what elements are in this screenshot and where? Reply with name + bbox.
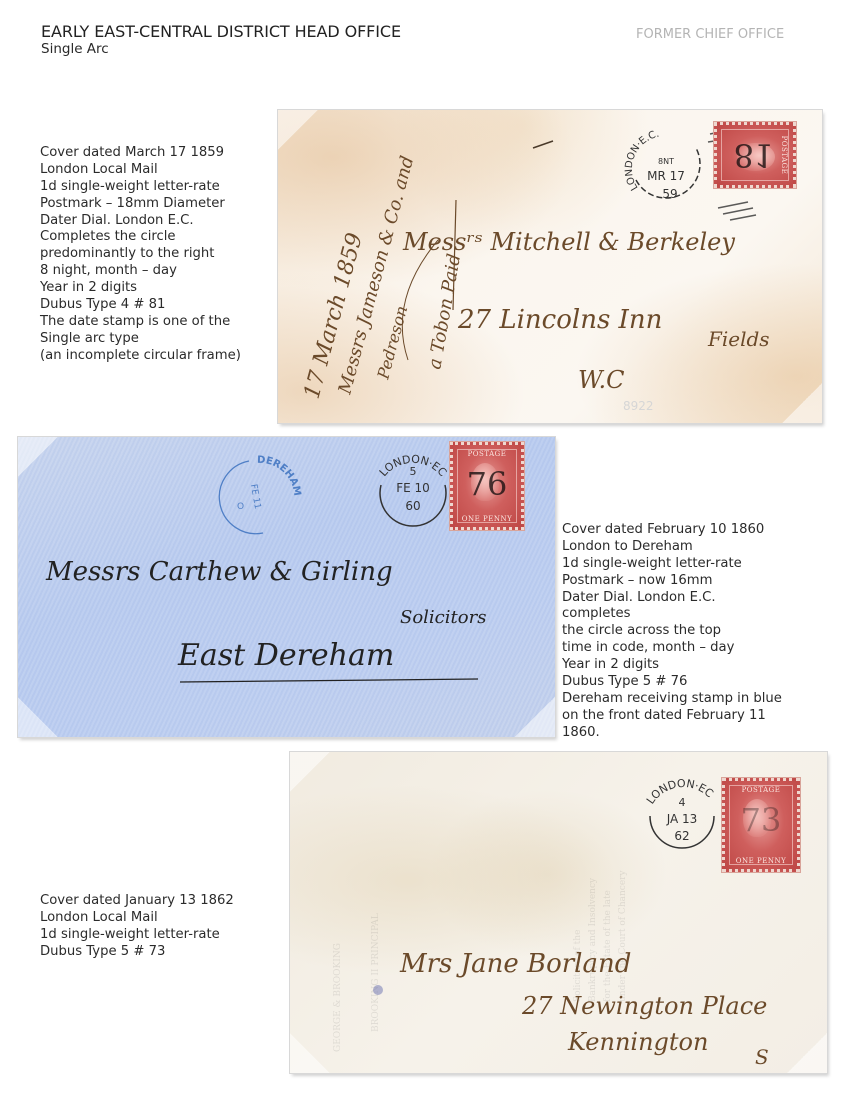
svg-text:O: O: [237, 502, 244, 512]
svg-text:FE 10: FE 10: [396, 481, 430, 495]
description-line: Dubus Type 4 # 81: [40, 297, 241, 314]
cover-3-penny-red-stamp: POSTAGE 73 ONE PENNY: [722, 778, 800, 872]
cover-2-address-line: Messrs Carthew & Girling: [45, 557, 393, 587]
page-title: EARLY EAST-CENTRAL DISTRICT HEAD OFFICE: [41, 22, 401, 41]
svg-text:62: 62: [674, 829, 689, 843]
cover-2-image: DEREHAM FE 11 O LONDON·EC 5 FE 10 60 Mes…: [18, 437, 555, 737]
description-line: completes: [562, 606, 782, 623]
svg-text:under the Court of Chancery: under the Court of Chancery: [618, 870, 628, 1002]
description-line: 8 night, month – day: [40, 263, 241, 280]
cover-1-address-line: W.C: [578, 366, 624, 394]
svg-text:4: 4: [679, 796, 686, 809]
cover-2-address-line: Solicitors: [400, 607, 486, 628]
svg-text:8NT: 8NT: [658, 157, 674, 166]
cover-1-image: 17 March 1859 Messrs Jameson & Co. and P…: [278, 110, 822, 423]
description-line: Year in 2 digits: [562, 657, 782, 674]
cover-3-image: GEORGE & BROOKING BROOKING II PRINCIPAL …: [290, 752, 827, 1073]
cover-3-description: Cover dated January 13 1862London Local …: [40, 893, 234, 961]
former-office-label: FORMER CHIEF OFFICE: [636, 27, 784, 42]
cover-1-address-line: 27 Lincolns Inn: [457, 305, 662, 335]
description-line: 1d single-weight letter-rate: [40, 927, 234, 944]
cover-1-postmark: LONDON·E.C. 8NT MR 17 59: [624, 129, 700, 201]
description-line: Dubus Type 5 # 73: [40, 944, 234, 961]
cover-3-numeral: 73: [725, 801, 797, 839]
svg-text:59: 59: [662, 187, 677, 201]
cover-3-address-line: Mrs Jane Borland: [399, 949, 631, 979]
description-line: London to Dereham: [562, 539, 782, 556]
cover-3-address-line: Kennington: [567, 1028, 708, 1056]
svg-text:BROOKING II PRINCIPAL: BROOKING II PRINCIPAL: [371, 913, 381, 1032]
description-line: time in code, month – day: [562, 640, 782, 657]
cover-1-description: Cover dated March 17 1859London Local Ma…: [40, 145, 241, 365]
description-line: predominantly to the right: [40, 246, 241, 263]
description-line: Cover dated February 10 1860: [562, 522, 782, 539]
svg-text:for the Estate of the late: for the Estate of the late: [603, 890, 613, 1002]
description-line: on the front dated February 11: [562, 708, 782, 725]
cover-2-address-line: East Dereham: [177, 638, 394, 673]
svg-text:8922: 8922: [623, 399, 654, 413]
description-line: London Local Mail: [40, 910, 234, 927]
cover-3-address-line: 27 Newington Place: [521, 992, 767, 1020]
cover-1-address-line: Fields: [707, 327, 770, 351]
description-line: Single arc type: [40, 331, 241, 348]
description-line: Year in 2 digits: [40, 280, 241, 297]
description-line: Dater Dial. London E.C.: [562, 590, 782, 607]
svg-text:Pedreson: Pedreson: [373, 304, 411, 382]
description-line: Cover dated January 13 1862: [40, 893, 234, 910]
svg-text:DEREHAM: DEREHAM: [257, 455, 303, 497]
description-line: Postmark – 18mm Diameter: [40, 196, 241, 213]
description-line: Cover dated March 17 1859: [40, 145, 241, 162]
description-line: 1860.: [562, 725, 782, 742]
description-line: The date stamp is one of the: [40, 314, 241, 331]
page-subtitle: Single Arc: [41, 41, 109, 57]
cover-3-address-line: S: [755, 1045, 769, 1069]
cover-2-dereham-receiving-stamp: DEREHAM FE 11 O: [219, 455, 302, 534]
svg-text:5: 5: [410, 465, 417, 478]
svg-text:GEORGE & BROOKING: GEORGE & BROOKING: [333, 943, 343, 1052]
description-line: the circle across the top: [562, 623, 782, 640]
svg-text:MR 17: MR 17: [647, 169, 685, 183]
description-line: 1d single-weight letter-rate: [40, 179, 241, 196]
description-line: (an incomplete circular frame): [40, 348, 241, 365]
description-line: London Local Mail: [40, 162, 241, 179]
cover-2-numeral: 76: [453, 465, 521, 503]
cover-3-postmark: LONDON·EC 4 JA 13 62: [644, 777, 716, 848]
svg-text:JA 13: JA 13: [666, 812, 698, 826]
svg-text:60: 60: [405, 499, 420, 513]
cover-1-penny-red-stamp: POSTAGE 81: [714, 122, 796, 188]
description-line: Completes the circle: [40, 229, 241, 246]
description-line: Dubus Type 5 # 76: [562, 674, 782, 691]
cover-2-penny-red-stamp: POSTAGE 76 ONE PENNY: [450, 442, 524, 530]
svg-text:FE 11: FE 11: [248, 483, 262, 510]
description-line: Dater Dial. London E.C.: [40, 213, 241, 230]
cover-2-description: Cover dated February 10 1860London to De…: [562, 522, 782, 742]
cover-1-address-line: Messʳˢ Mitchell & Berkeley: [402, 228, 735, 256]
description-line: Dereham receiving stamp in blue: [562, 691, 782, 708]
svg-text:Bankruptcy and Insolvency: Bankruptcy and Insolvency: [588, 877, 598, 1002]
cover-1-numeral: 81: [724, 136, 784, 174]
description-line: Postmark – now 16mm: [562, 573, 782, 590]
cover-2-postmark: LONDON·EC 5 FE 10 60: [377, 453, 450, 526]
description-line: 1d single-weight letter-rate: [562, 556, 782, 573]
